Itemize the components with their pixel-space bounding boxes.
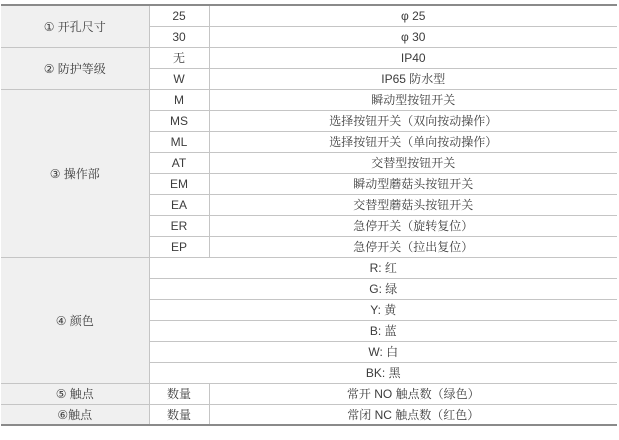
desc-cell: 选择按钮开关（单向按动操作） [209, 131, 617, 152]
desc-cell: 急停开关（旋转复位） [209, 215, 617, 236]
group-label: ⑥触点 [1, 404, 149, 425]
group-label: ② 防护等级 [1, 47, 149, 89]
desc-cell: 交替型蘑菇头按钮开关 [209, 194, 617, 215]
table-row: ⑥触点数量常闭 NC 触点数（红色） [1, 404, 617, 425]
desc-cell: 瞬动型按钮开关 [209, 89, 617, 110]
code-cell: 数量 [149, 404, 209, 425]
code-cell: EP [149, 236, 209, 257]
table-row: ③ 操作部M瞬动型按钮开关 [1, 89, 617, 110]
desc-cell: 常开 NO 触点数（绿色） [209, 383, 617, 404]
code-cell: EM [149, 173, 209, 194]
code-cell: M [149, 89, 209, 110]
desc-cell: Y: 黄 [149, 299, 617, 320]
desc-cell: 瞬动型蘑菇头按钮开关 [209, 173, 617, 194]
spec-table: ① 开孔尺寸25φ 2530φ 30② 防护等级无IP40WIP65 防水型③ … [1, 4, 617, 426]
page: ① 开孔尺寸25φ 2530φ 30② 防护等级无IP40WIP65 防水型③ … [0, 0, 619, 440]
code-cell: 25 [149, 5, 209, 26]
desc-cell: φ 25 [209, 5, 617, 26]
table-row: ② 防护等级无IP40 [1, 47, 617, 68]
spec-table-body: ① 开孔尺寸25φ 2530φ 30② 防护等级无IP40WIP65 防水型③ … [1, 5, 617, 425]
table-row: ① 开孔尺寸25φ 25 [1, 5, 617, 26]
desc-cell: G: 绿 [149, 278, 617, 299]
desc-cell: IP65 防水型 [209, 68, 617, 89]
group-label: ③ 操作部 [1, 89, 149, 257]
desc-cell: B: 蓝 [149, 320, 617, 341]
code-cell: W [149, 68, 209, 89]
code-cell: EA [149, 194, 209, 215]
desc-cell: IP40 [209, 47, 617, 68]
code-cell: AT [149, 152, 209, 173]
desc-cell: 常闭 NC 触点数（红色） [209, 404, 617, 425]
desc-cell: 交替型按钮开关 [209, 152, 617, 173]
code-cell: ML [149, 131, 209, 152]
desc-cell: 选择按钮开关（双向按动操作） [209, 110, 617, 131]
code-cell: MS [149, 110, 209, 131]
desc-cell: φ 30 [209, 26, 617, 47]
code-cell: 无 [149, 47, 209, 68]
group-label: ⑤ 触点 [1, 383, 149, 404]
desc-cell: W: 白 [149, 341, 617, 362]
group-label: ④ 颜色 [1, 257, 149, 383]
table-row: ④ 颜色R: 红 [1, 257, 617, 278]
desc-cell: 急停开关（拉出复位） [209, 236, 617, 257]
group-label: ① 开孔尺寸 [1, 5, 149, 47]
code-cell: ER [149, 215, 209, 236]
table-row: ⑤ 触点数量常开 NO 触点数（绿色） [1, 383, 617, 404]
desc-cell: R: 红 [149, 257, 617, 278]
code-cell: 数量 [149, 383, 209, 404]
code-cell: 30 [149, 26, 209, 47]
desc-cell: BK: 黑 [149, 362, 617, 383]
